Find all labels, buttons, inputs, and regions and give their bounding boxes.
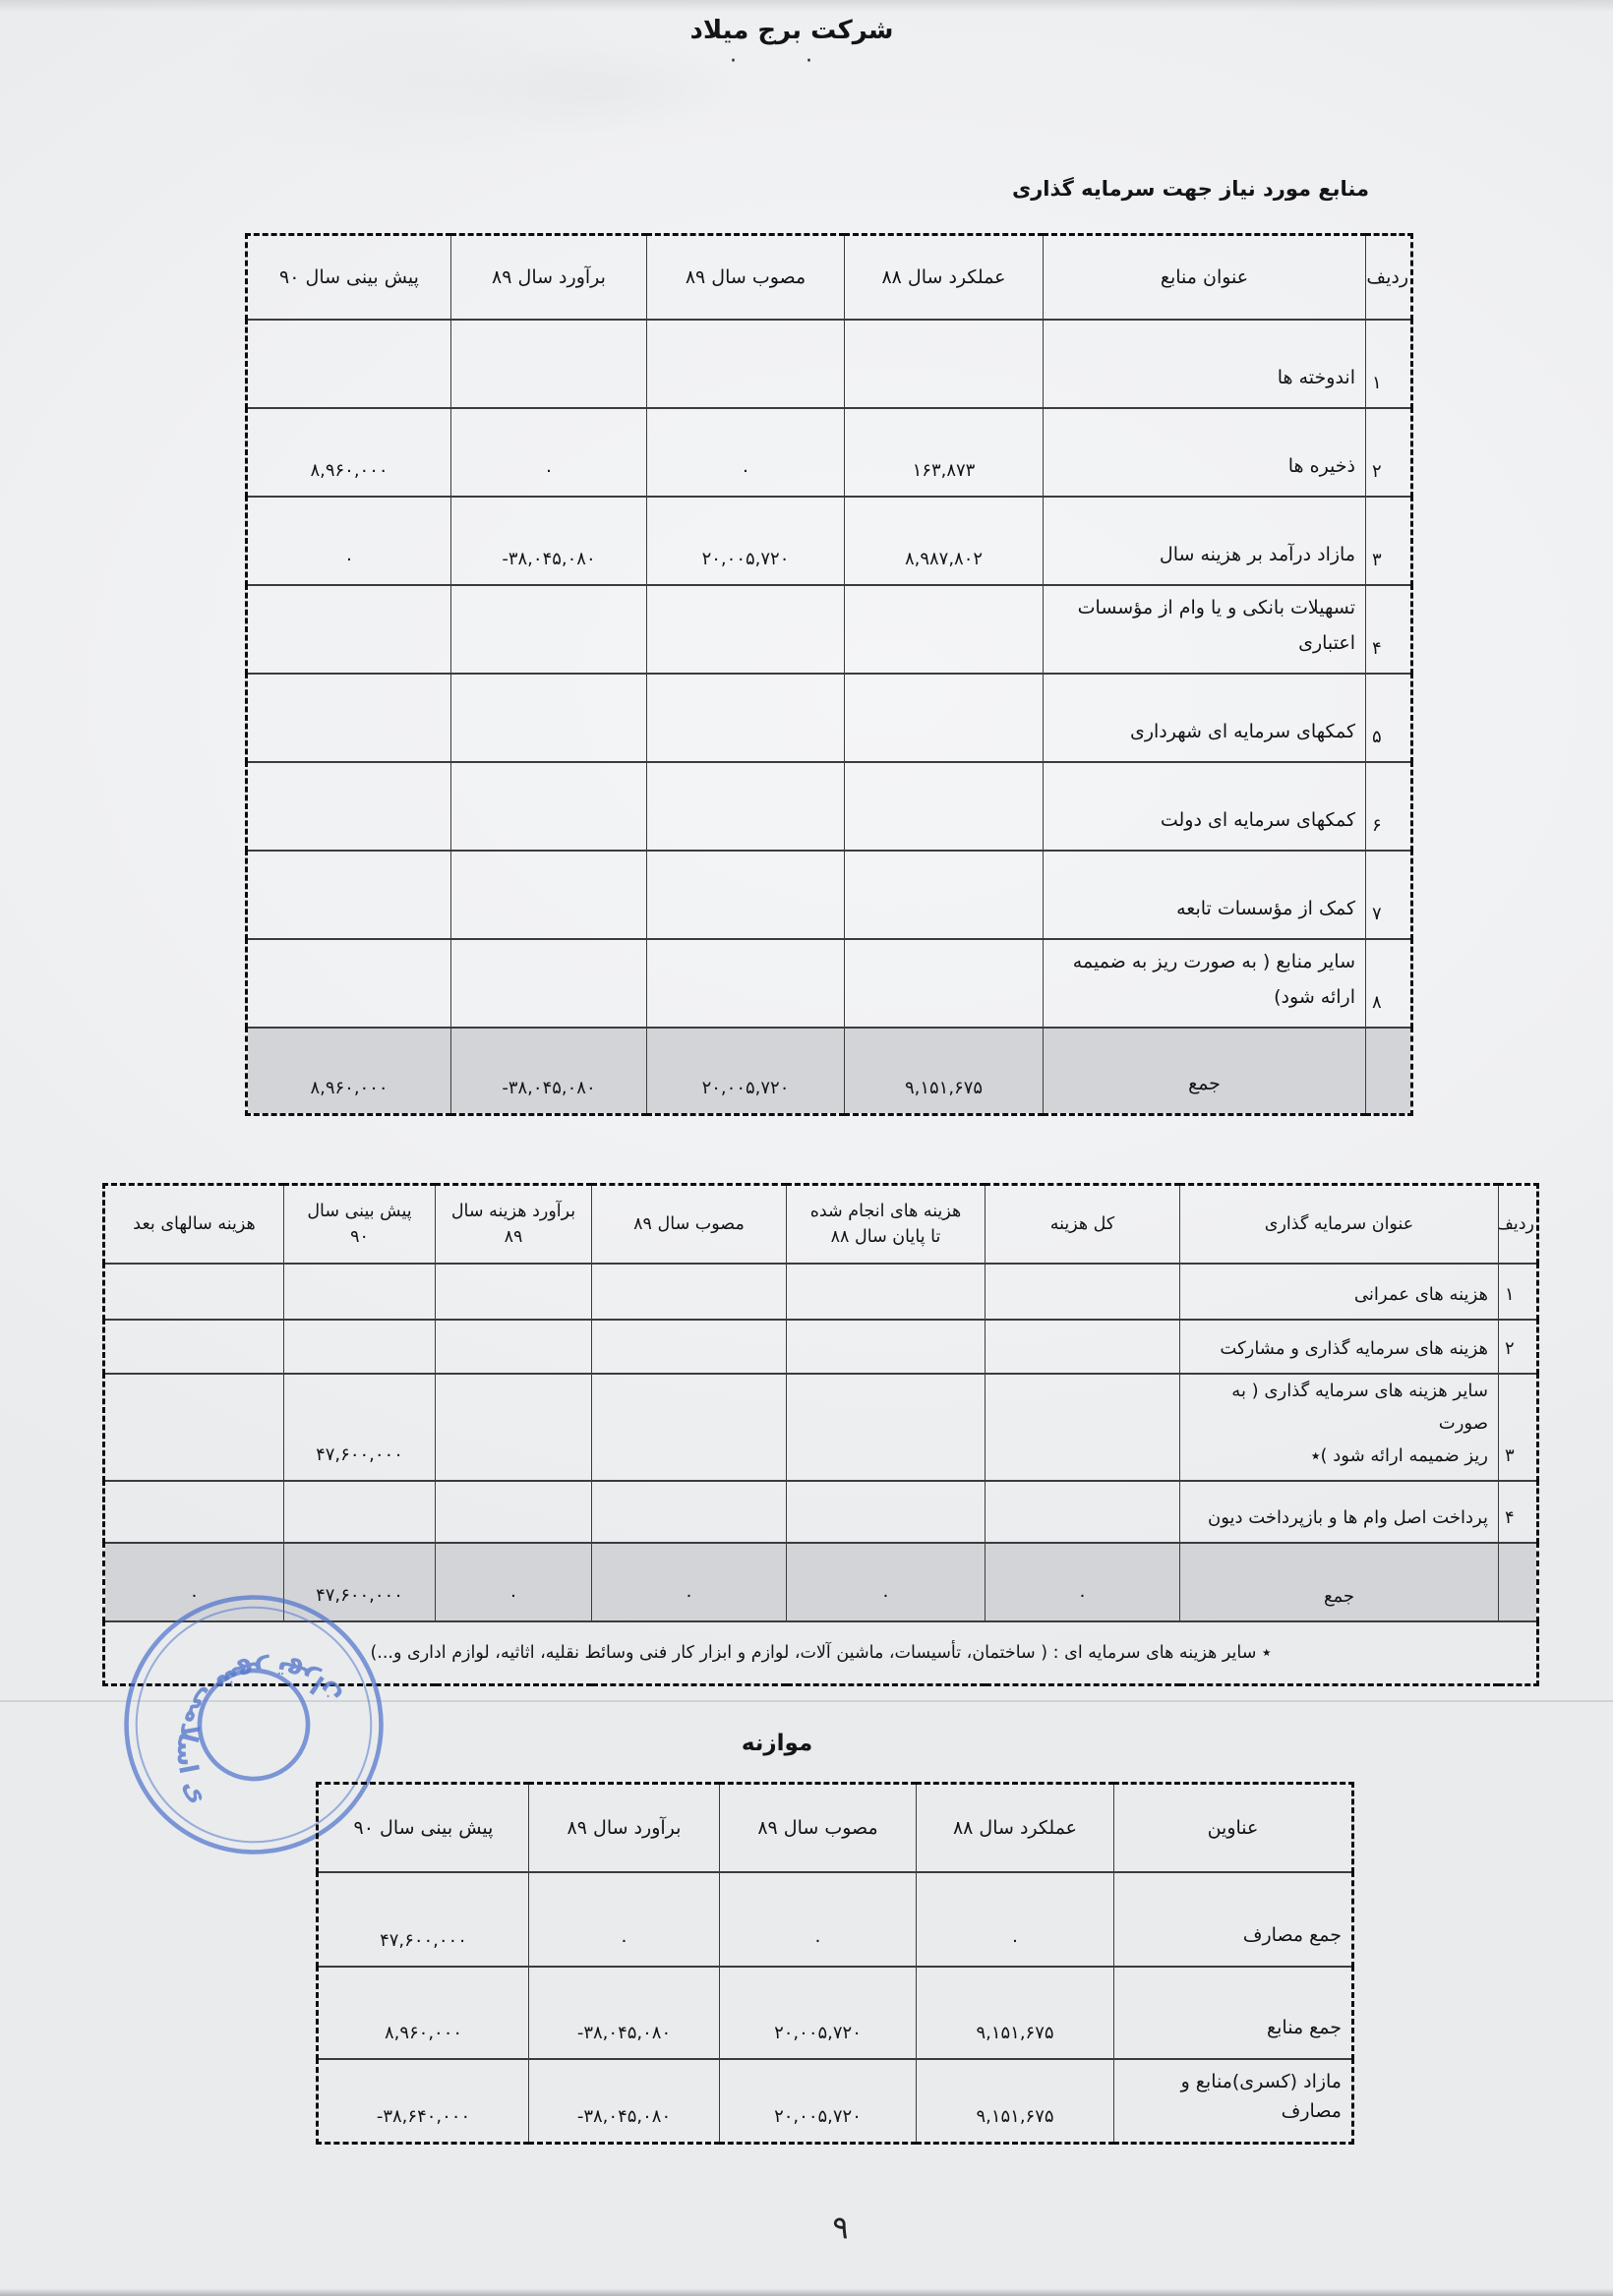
table-row: ۶کمکهای سرمایه ای دولت [247,762,1412,851]
value-forecast90: ۴۷,۶۰۰,۰۰۰ [284,1374,436,1481]
table-row: مازاد (کسری)منابع و مصارف۹,۱۵۱,۶۷۵۲۰,۰۰۵… [318,2059,1353,2144]
row-label: اندوخته ها [1044,320,1366,408]
value-approved89 [592,1264,787,1320]
value-y88 [845,585,1044,674]
column-header-forecast-90: پیش بینی سال ۹۰ [318,1784,529,1872]
value-forecast90 [247,939,451,1028]
row-index: ۵ [1366,674,1412,762]
value-approved89: ۲۰,۰۰۵,۷۲۰ [647,497,845,585]
value-approved89 [647,851,845,939]
value-approved89 [592,1481,787,1543]
table-row: ۴تسهیلات بانکی و یا وام از مؤسسات اعتبار… [247,585,1412,674]
column-header-performance-88: عملکرد سال ۸۸ [845,235,1044,320]
column-header-estimate-89: برآورد سال ۸۹ [451,235,647,320]
column-header-radif: ردیف [1366,235,1412,320]
total-spent-to-88: ۰ [787,1543,986,1621]
row-label: سایر هزینه های سرمایه گذاری ( به صورت ری… [1180,1374,1499,1481]
row-label: کمکهای سرمایه ای دولت [1044,762,1366,851]
value-approved89 [592,1374,787,1481]
table-row: ۳مازاد درآمد بر هزینه سال۸,۹۸۷,۸۰۲۲۰,۰۰۵… [247,497,1412,585]
table-row: ۲هزینه های سرمایه گذاری و مشارکت [104,1320,1538,1374]
resources-table-title: منابع مورد نیاز جهت سرمایه گذاری [1012,177,1369,201]
value-forecast90: -۳۸,۶۴۰,۰۰۰ [318,2059,529,2144]
table-row: جمع مصارف۰۰۰۴۷,۶۰۰,۰۰۰ [318,1872,1353,1967]
total-estimate89: ۰ [436,1543,592,1621]
table-row: ۸سایر منابع ( به صورت ریز به ضمیمه ارائه… [247,939,1412,1028]
value-estimate89 [451,851,647,939]
column-header-investment-title: عنوان سرمایه گذاری [1180,1185,1499,1264]
table-row: ۲ذخیره ها۱۶۳,۸۷۳۰۰۸,۹۶۰,۰۰۰ [247,408,1412,497]
value-estimate89: ۰ [451,408,647,497]
value-forecast90 [247,320,451,408]
table-row: ۳سایر هزینه های سرمایه گذاری ( به صورت ر… [104,1374,1538,1481]
value-later-years [104,1320,284,1374]
value-forecast90: ۸,۹۶۰,۰۰۰ [247,408,451,497]
value-approved89 [647,674,845,762]
value-forecast90 [284,1264,436,1320]
value-spent-to-88 [787,1374,986,1481]
value-y88: ۸,۹۸۷,۸۰۲ [845,497,1044,585]
column-header-later-years: هزینه سالهای بعد [104,1185,284,1264]
row-label: هزینه های عمرانی [1180,1264,1499,1320]
column-header-titles: عناوین [1114,1784,1353,1872]
value-estimate89 [451,762,647,851]
column-header-approved-89: مصوب سال ۸۹ [592,1185,787,1264]
row-index: ۲ [1366,408,1412,497]
value-approved89: ۲۰,۰۰۵,۷۲۰ [720,1967,917,2059]
value-y88 [845,674,1044,762]
row-label: جمع مصارف [1114,1872,1353,1967]
table-row: ۵کمکهای سرمایه ای شهرداری [247,674,1412,762]
value-forecast90 [247,585,451,674]
row-label: پرداخت اصل وام ها و بازپرداخت دیون [1180,1481,1499,1543]
row-index: ۷ [1366,851,1412,939]
value-approved89 [592,1320,787,1374]
total-y88: ۹,۱۵۱,۶۷۵ [845,1028,1044,1115]
total-index [1499,1543,1538,1621]
total-estimate89: -۳۸,۰۴۵,۰۸۰ [451,1028,647,1115]
value-forecast90: ۸,۹۶۰,۰۰۰ [318,1967,529,2059]
row-label: سایر منابع ( به صورت ریز به ضمیمه ارائه … [1044,939,1366,1028]
document-page: شرکت برج میلاد · · منابع مورد نیاز جهت س… [0,0,1613,2296]
total-row: جمع۹,۱۵۱,۶۷۵۲۰,۰۰۵,۷۲۰-۳۸,۰۴۵,۰۸۰۸,۹۶۰,۰… [247,1028,1412,1115]
value-y88: ۰ [917,1872,1114,1967]
column-header-forecast-90: پیش بینی سال ۹۰ [284,1185,436,1264]
value-approved89 [647,762,845,851]
row-label: هزینه های سرمایه گذاری و مشارکت [1180,1320,1499,1374]
row-index: ۳ [1366,497,1412,585]
value-total-cost [986,1481,1180,1543]
row-index: ۲ [1499,1320,1538,1374]
value-forecast90: ۰ [247,497,451,585]
row-label: کمکهای سرمایه ای شهرداری [1044,674,1366,762]
value-estimate89 [451,585,647,674]
column-header-spent-to-88: هزینه های انجام شده تا پایان سال ۸۸ [787,1185,986,1264]
balance-table: عناوین عملکرد سال ۸۸ مصوب سال ۸۹ برآورد … [316,1782,1354,2145]
value-approved89 [647,320,845,408]
value-spent-to-88 [787,1481,986,1543]
row-label: کمک از مؤسسات تابعه [1044,851,1366,939]
value-total-cost [986,1320,1180,1374]
value-estimate89 [451,674,647,762]
column-header-total-cost: کل هزینه [986,1185,1180,1264]
total-approved89: ۲۰,۰۰۵,۷۲۰ [647,1028,845,1115]
value-later-years [104,1374,284,1481]
value-y88 [845,851,1044,939]
value-estimate89: -۳۸,۰۴۵,۰۸۰ [529,2059,720,2144]
value-estimate89 [451,320,647,408]
column-header-forecast-90: پیش بینی سال ۹۰ [247,235,451,320]
value-estimate89 [436,1374,592,1481]
title-marks: · · [730,49,812,74]
value-y88: ۱۶۳,۸۷۳ [845,408,1044,497]
value-y88 [845,939,1044,1028]
total-index [1366,1028,1412,1115]
value-spent-to-88 [787,1264,986,1320]
row-index: ۸ [1366,939,1412,1028]
value-approved89 [647,939,845,1028]
value-estimate89 [436,1264,592,1320]
value-later-years [104,1481,284,1543]
total-approved89: ۰ [592,1543,787,1621]
column-header-approved-89: مصوب سال ۸۹ [720,1784,917,1872]
value-estimate89 [436,1320,592,1374]
company-title: شرکت برج میلاد [0,16,1583,45]
column-header-estimate-89: برآورد سال ۸۹ [529,1784,720,1872]
row-index: ۱ [1499,1264,1538,1320]
header-row: عناوین عملکرد سال ۸۸ مصوب سال ۸۹ برآورد … [318,1784,1353,1872]
page-number: ۹ [831,2208,851,2246]
value-approved89: ۰ [647,408,845,497]
value-estimate89: ۰ [529,1872,720,1967]
value-approved89: ۰ [720,1872,917,1967]
row-label: مازاد (کسری)منابع و مصارف [1114,2059,1353,2144]
total-forecast90: ۸,۹۶۰,۰۰۰ [247,1028,451,1115]
table-row: ۱هزینه های عمرانی [104,1264,1538,1320]
value-forecast90 [247,762,451,851]
row-index: ۳ [1499,1374,1538,1481]
column-header-radif: ردیف [1499,1185,1538,1264]
value-approved89 [647,585,845,674]
resources-table: ردیف عنوان منابع عملکرد سال ۸۸ مصوب سال … [245,233,1413,1116]
value-estimate89: -۳۸,۰۴۵,۰۸۰ [529,1967,720,2059]
value-forecast90 [247,851,451,939]
row-label: تسهیلات بانکی و یا وام از مؤسسات اعتباری [1044,585,1366,674]
row-label: ذخیره ها [1044,408,1366,497]
value-estimate89 [451,939,647,1028]
value-total-cost [986,1374,1180,1481]
value-y88: ۹,۱۵۱,۶۷۵ [917,1967,1114,2059]
value-y88: ۹,۱۵۱,۶۷۵ [917,2059,1114,2144]
header-row: ردیف عنوان سرمایه گذاری کل هزینه هزینه ه… [104,1185,1538,1264]
value-forecast90: ۴۷,۶۰۰,۰۰۰ [318,1872,529,1967]
total-label: جمع [1044,1028,1366,1115]
value-y88 [845,762,1044,851]
column-header-cost-estimate-89: برآورد هزینه سال ۸۹ [436,1185,592,1264]
table-row: جمع منابع۹,۱۵۱,۶۷۵۲۰,۰۰۵,۷۲۰-۳۸,۰۴۵,۰۸۰۸… [318,1967,1353,2059]
value-approved89: ۲۰,۰۰۵,۷۲۰ [720,2059,917,2144]
table-row: ۱اندوخته ها [247,320,1412,408]
value-estimate89 [436,1481,592,1543]
value-estimate89: -۳۸,۰۴۵,۰۸۰ [451,497,647,585]
value-forecast90 [247,674,451,762]
total-total-cost: ۰ [986,1543,1180,1621]
row-label: جمع منابع [1114,1967,1353,2059]
header-row: ردیف عنوان منابع عملکرد سال ۸۸ مصوب سال … [247,235,1412,320]
value-y88 [845,320,1044,408]
value-spent-to-88 [787,1320,986,1374]
row-index: ۴ [1499,1481,1538,1543]
row-label: مازاد درآمد بر هزینه سال [1044,497,1366,585]
value-total-cost [986,1264,1180,1320]
row-index: ۴ [1366,585,1412,674]
balance-table-title: موازنه [629,1731,925,1756]
column-header-source-title: عنوان منابع [1044,235,1366,320]
row-index: ۱ [1366,320,1412,408]
value-forecast90 [284,1320,436,1374]
table-row: ۷کمک از مؤسسات تابعه [247,851,1412,939]
total-label: جمع [1180,1543,1499,1621]
row-index: ۶ [1366,762,1412,851]
column-header-performance-88: عملکرد سال ۸۸ [917,1784,1114,1872]
value-later-years [104,1264,284,1320]
column-header-approved-89: مصوب سال ۸۹ [647,235,845,320]
